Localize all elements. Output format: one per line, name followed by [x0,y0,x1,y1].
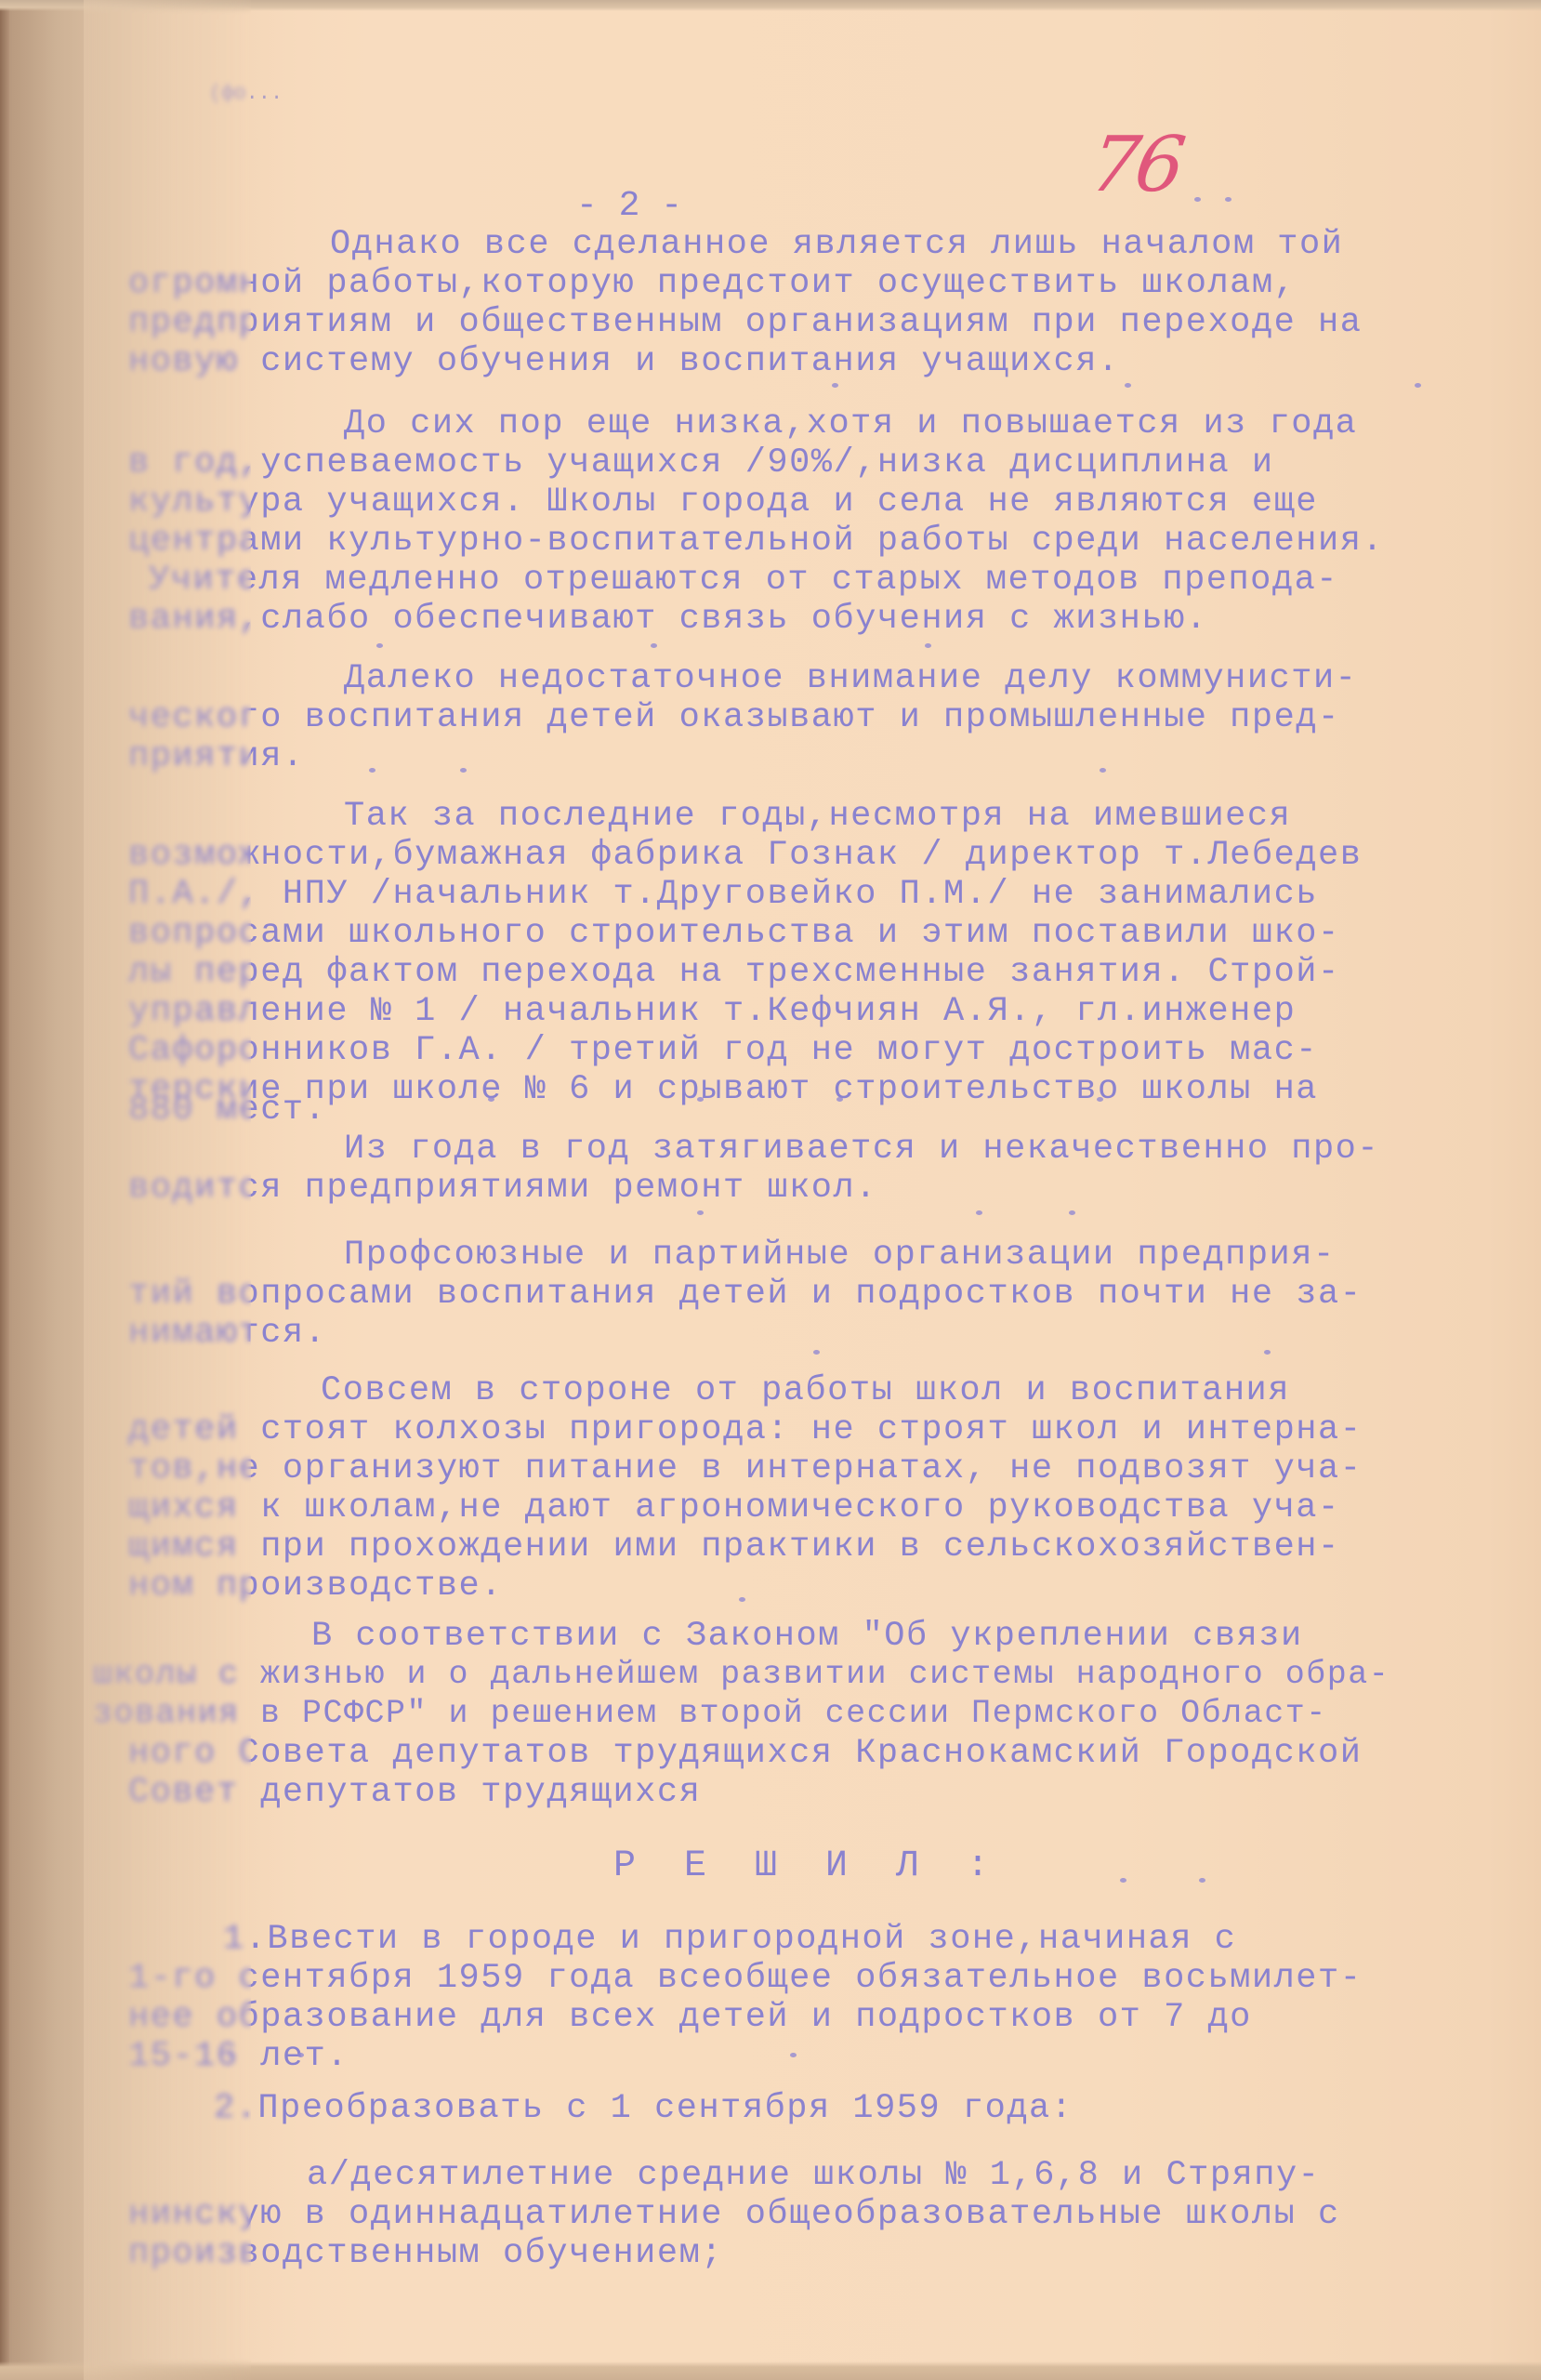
text-line: До сих пор еще низка,хотя и повышается и… [344,407,1357,442]
page-bottom-edge [0,2361,1541,2380]
text-line: культура учащихся. Школы города и села н… [128,485,1318,520]
text-line: 15-16 лет. [128,2040,349,2074]
text-line: В соответствии с Законом "Об укреплении … [311,1620,1303,1654]
text-line: зования в РСФСР" и решением второй сесси… [93,1698,1327,1730]
text-line: новую систему обучения и воспитания учащ… [128,345,1120,379]
text-line: приятия. [128,740,305,774]
typed-page-number: - 2 - [576,186,682,226]
text-line: водится предприятиями ремонт школ. [128,1171,877,1206]
text-line: возможности,бумажная фабрика Гознак / ди… [128,839,1362,873]
text-line: детей стоят колхозы пригорода: не строят… [128,1413,1362,1448]
text-line: огромной работы,которую предстоит осущес… [128,267,1296,301]
text-line: предприятиям и общественным организациям… [128,306,1362,340]
text-line: производственным обучением; [128,2237,723,2271]
text-line: 1.Ввести в городе и пригородной зоне,нач… [223,1923,1236,1957]
text-line: Далеко недостаточное внимание делу комму… [344,662,1357,696]
text-line: Профсоюзные и партийные организации пред… [344,1238,1336,1273]
text-line: П.А./, НПУ /начальник т.Друговейко П.М./… [128,878,1318,912]
text-line: нимаются. [128,1316,326,1351]
text-line: лы перед фактом перехода на трехсменные … [128,956,1340,990]
text-line: нинскую в одиннадцатилетние общеобразова… [128,2198,1340,2232]
text-line: Однако все сделанное является лишь начал… [330,228,1343,262]
text-line: центрами культурно-воспитательной работы… [128,524,1384,559]
text-line: нее образование для всех детей и подрост… [128,2001,1252,2035]
text-line: Учителя медленно отрешаются от старых ме… [149,563,1338,598]
text-line: Из года в год затягивается и некачествен… [344,1132,1379,1167]
text-line: вания,слабо обеспечивают связь обучения … [128,602,1207,637]
text-line: Совсем в стороне от работы школ и воспит… [321,1374,1290,1408]
text-line: а/десятилетние средние школы № 1,6,8 и С… [307,2159,1320,2193]
text-line: в год,успеваемость учащихся /90%/,низка … [128,446,1274,481]
page-top-edge [0,0,1541,11]
margin-mark: (фо... [209,82,283,105]
text-line: щихся к школам,не дают агрономического р… [128,1491,1340,1526]
text-line: Так за последние годы,несмотря на имевши… [344,800,1291,834]
text-line: тий вопросами воспитания детей и подрост… [128,1277,1362,1312]
text-line: 2.Преобразовать с 1 сентября 1959 года: [214,2092,1073,2126]
text-line: управление № 1 / начальник т.Кефчиян А.Я… [128,995,1296,1029]
text-line: вопросами школьного строительства и этим… [128,917,1340,951]
text-line: тов,не организуют питание в интернатах, … [128,1452,1362,1487]
text-line: Сафоронников Г.А. / третий год не могут … [128,1034,1318,1068]
text-line: ного Совета депутатов трудящихся Краснок… [128,1737,1362,1771]
decision-heading: Р Е Ш И Л : [613,1845,1002,1887]
text-line: ном производстве. [128,1569,503,1604]
binding-edge [0,0,9,2380]
text-line: 1-го сентября 1959 года всеобщее обязате… [128,1962,1362,1996]
text-line: ческого воспитания детей оказывают и про… [128,701,1340,735]
archive-folio-number: 76 [1085,121,1187,209]
text-line: Совет депутатов трудящихся [128,1776,701,1810]
text-line: 880 мест. [128,1093,326,1128]
text-line: щимся при прохождении ими практики в сел… [128,1530,1340,1565]
text-line: школы с жизнью и о дальнейшем развитии с… [93,1659,1390,1691]
